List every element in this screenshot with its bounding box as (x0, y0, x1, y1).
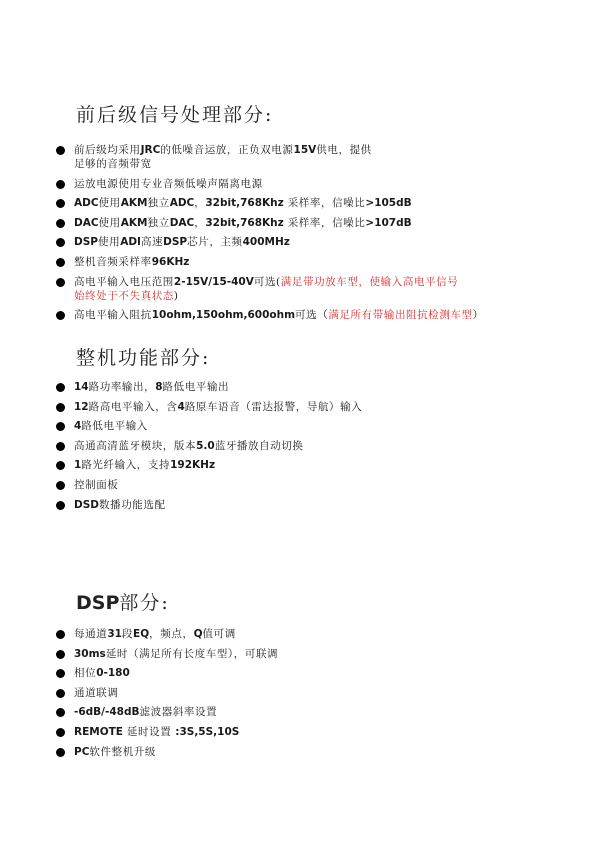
dsp-heading-latin: DSP (76, 592, 119, 614)
item-text: 使用 (99, 217, 121, 229)
item-text: 整机音频采样率 (74, 256, 152, 268)
item-text: 400MHz (243, 236, 290, 248)
list-item: 30ms延时（满足所有长度车型），可联调 (56, 647, 278, 661)
item-text: 蓝牙播放自动切换 (215, 440, 304, 452)
bullet-icon (56, 501, 65, 510)
item-text: 采样率，信噪比 (284, 197, 366, 209)
item-text: 延时（满足所有长度车型），可联调 (106, 648, 278, 660)
item-text: 值可调 (203, 628, 236, 640)
bullet-icon (56, 258, 65, 267)
item-text: 192KHz (170, 459, 215, 471)
list-item: REMOTE 延时设置 :3S,5S,10S (56, 725, 278, 739)
list-item: DAC使用AKM独立DAC，32bit,768Khz 采样率，信噪比>107dB (56, 216, 484, 230)
bullet-icon (56, 442, 65, 451)
bullet-icon (56, 311, 65, 320)
features-list: 14路功率输出，8路低电平输出12路高电平输入，含4路原车语音（雷达报警，导航）… (56, 380, 362, 517)
item-text: ， (194, 197, 205, 209)
signal-processing-list: 前后级均采用JRC的低噪音运放，正负双电源15V供电，提供足够的音频带宽运放电源… (56, 143, 484, 328)
item-text: DSD (74, 499, 99, 511)
item-text: 5.0 (196, 440, 215, 452)
bullet-icon (56, 146, 65, 155)
item-text: EQ (133, 628, 149, 640)
list-item: PC软件整机升级 (56, 745, 278, 759)
item-text: 独立 (147, 197, 169, 209)
list-item: ADC使用AKM独立ADC，32bit,768Khz 采样率，信噪比>105dB (56, 196, 484, 210)
bullet-icon (56, 689, 65, 698)
item-text: 软件整机升级 (89, 746, 156, 758)
item-text: REMOTE (74, 726, 123, 738)
item-text: :3S,5S,10S (175, 726, 239, 738)
item-text: 4 (177, 401, 184, 413)
list-item: 每通道31段EQ，频点，Q值可调 (56, 627, 278, 641)
list-item: 12路高电平输入，含4路原车语音（雷达报警，导航）输入 (56, 400, 362, 414)
item-text: 相位 (74, 667, 96, 679)
bullet-icon (56, 481, 65, 490)
list-item: -6dB/-48dB滤波器斜率设置 (56, 705, 278, 719)
item-text: JRC (141, 144, 161, 156)
item-text: ， (194, 217, 205, 229)
item-text: 高电平输入阻抗 (74, 309, 152, 321)
list-item: 高通高清蓝牙模块，版本5.0蓝牙播放自动切换 (56, 439, 362, 453)
highlight-text: 始终处于不失真状态 (74, 290, 174, 302)
bullet-icon (56, 238, 65, 247)
item-text: 32bit,768Khz (205, 217, 283, 229)
item-text: DAC (170, 217, 195, 229)
item-text: 段 (122, 628, 133, 640)
item-text: 0-180 (96, 667, 130, 679)
item-text: >107dB (365, 217, 411, 229)
item-text: 采样率，信噪比 (284, 217, 366, 229)
item-text: 使用 (99, 197, 121, 209)
item-text: DAC (74, 217, 99, 229)
item-text: 2-15V/15-40V (174, 276, 254, 288)
item-text: AKM (121, 197, 148, 209)
bullet-icon (56, 669, 65, 678)
item-text: ) (174, 290, 179, 302)
list-item: 4路低电平输入 (56, 419, 362, 433)
list-item: DSD数播功能选配 (56, 498, 362, 512)
item-text: 可选（ (295, 309, 328, 321)
item-text: 使用 (98, 236, 120, 248)
item-text: 通道联调 (74, 687, 118, 699)
list-item: DSP使用ADI高速DSP芯片，主频400MHz (56, 235, 484, 249)
list-item: 高电平输入阻抗10ohm,150ohm,600ohm可选（满足所有带输出阻抗检测… (56, 308, 484, 322)
item-text: 控制面板 (74, 479, 118, 491)
bullet-icon (56, 708, 65, 717)
list-item: 1路光纤输入，支持192KHz (56, 458, 362, 472)
item-text: 8 (155, 381, 162, 393)
dsp-heading-text: 部分: (119, 592, 169, 614)
item-text: 每通道 (74, 628, 107, 640)
item-text: 路原车语音（雷达报警，导航）输入 (185, 401, 363, 413)
section-heading-signal-processing: 前后级信号处理部分: (76, 100, 273, 127)
bullet-icon (56, 728, 65, 737)
item-text: 30ms (74, 648, 106, 660)
highlight-text: 满足所有带输出阻抗检测车型 (328, 309, 472, 321)
list-item: 相位0-180 (56, 666, 278, 680)
item-text: AKM (121, 217, 148, 229)
bullet-icon (56, 383, 65, 392)
item-text: 足够的音频带宽 (74, 158, 152, 170)
item-text: Q (194, 628, 203, 640)
section-heading-features: 整机功能部分: (76, 343, 210, 370)
item-text: 路功率输出， (89, 381, 156, 393)
item-text: 路低电平输入 (81, 420, 148, 432)
list-item: 控制面板 (56, 478, 362, 492)
bullet-icon (56, 461, 65, 470)
highlight-text: 满足带功放车型，使输入高电平信号 (281, 276, 459, 288)
list-item: 通道联调 (56, 686, 278, 700)
item-text: 高速 (141, 236, 163, 248)
list-item: 高电平输入电压范围2-15V/15-40V可选(满足带功放车型，使输入高电平信号… (56, 275, 484, 303)
item-text: 芯片，主频 (187, 236, 243, 248)
item-text: 运放电源使用专业音频低噪声隔离电源 (74, 178, 263, 190)
bullet-icon (56, 650, 65, 659)
bullet-icon (56, 199, 65, 208)
item-text: 10ohm,150ohm,600ohm (152, 309, 295, 321)
item-text: 滤波器斜率设置 (140, 706, 218, 718)
item-text: 14 (74, 381, 89, 393)
item-text: DSP (74, 236, 98, 248)
bullet-icon (56, 180, 65, 189)
item-text: 32bit,768Khz (205, 197, 283, 209)
item-text: 31 (107, 628, 122, 640)
item-text: PC (74, 746, 89, 758)
item-text: 路高电平输入，含 (89, 401, 178, 413)
list-item: 14路功率输出，8路低电平输出 (56, 380, 362, 394)
item-text: DSP (163, 236, 187, 248)
item-text: 高通高清蓝牙模块，版本 (74, 440, 196, 452)
item-text: 数播功能选配 (99, 499, 166, 511)
bullet-icon (56, 278, 65, 287)
bullet-icon (56, 219, 65, 228)
item-text: 路光纤输入，支持 (81, 459, 170, 471)
item-text: 的低噪音运放，正负双电源 (160, 144, 293, 156)
item-text: ADC (74, 197, 99, 209)
item-text: ADI (120, 236, 141, 248)
item-text: 前后级均采用 (74, 144, 141, 156)
item-text: 独立 (147, 217, 169, 229)
item-text: 路低电平输出 (163, 381, 230, 393)
item-text: -6dB/-48dB (74, 706, 140, 718)
dsp-list: 每通道31段EQ，频点，Q值可调30ms延时（满足所有长度车型），可联调相位0-… (56, 627, 278, 764)
bullet-icon (56, 422, 65, 431)
bullet-icon (56, 630, 65, 639)
item-text: ） (473, 309, 484, 321)
list-item: 运放电源使用专业音频低噪声隔离电源 (56, 177, 484, 191)
item-text: 高电平输入电压范围 (74, 276, 174, 288)
item-text: ADC (170, 197, 195, 209)
item-text: >105dB (365, 197, 411, 209)
item-text: 可选( (254, 276, 281, 288)
section-heading-dsp: DSP部分: (76, 588, 170, 615)
item-text: 延时设置 (123, 726, 175, 738)
item-text: 供电，提供 (316, 144, 372, 156)
item-text: 96KHz (152, 256, 190, 268)
item-text: ，频点， (149, 628, 193, 640)
item-text: 12 (74, 401, 89, 413)
list-item: 整机音频采样率96KHz (56, 255, 484, 269)
bullet-icon (56, 403, 65, 412)
bullet-icon (56, 748, 65, 757)
item-text: 15V (294, 144, 317, 156)
list-item: 前后级均采用JRC的低噪音运放，正负双电源15V供电，提供足够的音频带宽 (56, 143, 484, 171)
